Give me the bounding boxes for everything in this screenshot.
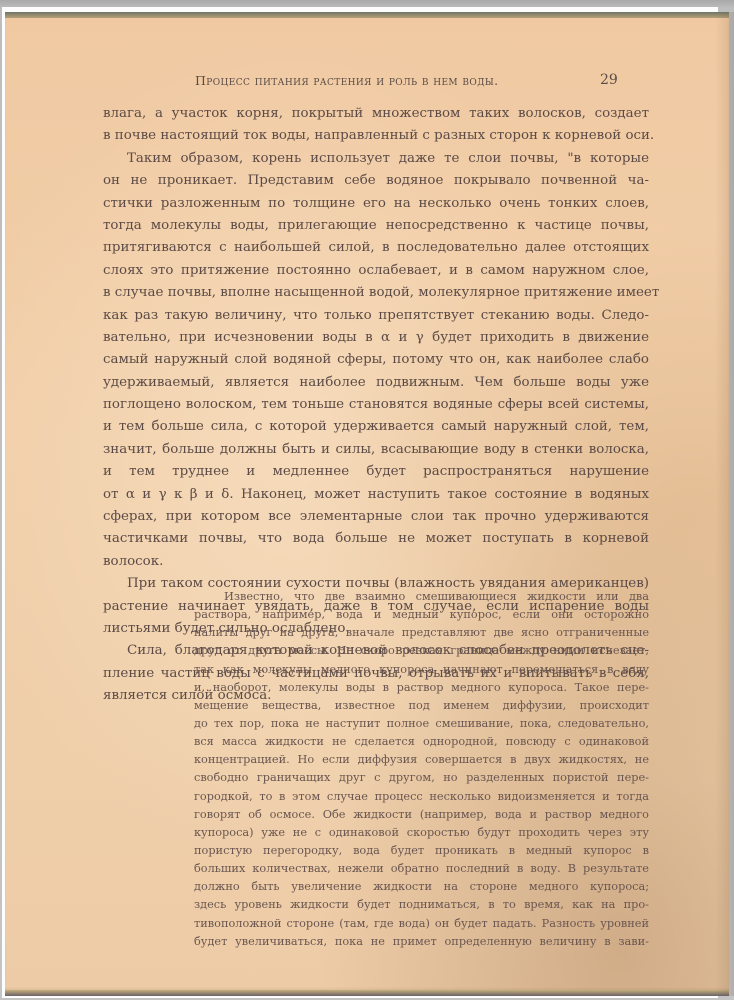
running-head: Процесс питания растения и роль в нем во… [195,73,590,88]
small-print-line: мещение вещества, известное под именем д… [194,697,649,715]
body-line: и тем труднее и медленнее будет распрост… [103,461,649,483]
page-number: 29 [600,72,618,88]
body-line: как раз такую величину, что только препя… [103,305,649,327]
body-line: влага, а участок корня, покрытый множест… [103,103,649,125]
page-right-shadow [715,12,734,996]
body-line: в почве настоящий ток воды, направленный… [103,125,649,147]
page-bottom-edge [5,990,729,996]
small-print-line: друг от друга массы. Но скоро резкая гра… [194,642,649,660]
body-line: и тем больше сила, с которой удерживаетс… [103,416,649,438]
page-top-edge [5,12,729,18]
small-print-line: вся масса жидкости не сделается однородн… [194,733,649,751]
body-line: тогда молекулы воды, прилегающие непосре… [103,215,649,237]
small-print-line: Известно, что две взаимно смешивающиеся … [194,588,649,606]
small-print-line: налиты друг на друга, вначале представля… [194,624,649,642]
small-print-line: здесь уровень жидкости будет подниматься… [194,896,649,914]
body-line: поглощено волоском, тем тоньше становятс… [103,394,649,416]
small-print-note: Известно, что две взаимно смешивающиеся … [194,588,649,951]
body-line: сферах, при котором все элементарные сло… [103,506,649,528]
small-print-line: до тех пор, пока не наступит полное смеш… [194,715,649,733]
small-print-line: раствора, например, вода и медный купоро… [194,606,649,624]
small-print-line: должно быть увеличение жидкости на сторо… [194,878,649,896]
small-print-line: говорят об осмосе. Обе жидкости (наприме… [194,806,649,824]
body-line: волосок. [103,551,649,573]
body-line: удерживаемый, является наиболее подвижны… [103,372,649,394]
small-print-line: и, наоборот, молекулы воды в раствор мед… [194,679,649,697]
body-line: он не проникает. Представим себе водяное… [103,170,649,192]
small-print-line: тивоположной стороне (там, где вода) он … [194,915,649,933]
small-print-line: концентрацией. Но если диффузия совершае… [194,751,649,769]
body-line: в случае почвы, вполне насыщенной водой,… [103,282,649,304]
body-line: частичками почвы, что вода больше не мож… [103,528,649,550]
body-line: значит, больше должны быть и силы, всасы… [103,439,649,461]
small-print-line: будет увеличиваться, пока не примет опре… [194,933,649,951]
small-print-line: купороса) уже не с одинаковой скоростью … [194,824,649,842]
small-print-line: пористую перегородку, вода будет проника… [194,842,649,860]
body-line: стички разложенным по толщине его на нес… [103,193,649,215]
small-print-line: свободно граничащих друг с другом, но ра… [194,769,649,787]
body-line: слоях это притяжение постоянно ослабевае… [103,260,649,282]
small-print-line: так как молекулы медного купороса начина… [194,661,649,679]
small-print-line: больших количествах, нежели обратно посл… [194,860,649,878]
body-line: вательно, при исчезновении воды в α и γ … [103,327,649,349]
body-line: самый наружный слой водяной сферы, потом… [103,349,649,371]
body-line: Таким образом, корень использует даже те… [103,148,649,170]
body-line: от α и γ к β и δ. Наконец, может наступи… [103,484,649,506]
small-print-line: городкой, то в этом случае процесс неско… [194,788,649,806]
body-line: притягиваются с наибольшей силой, в посл… [103,237,649,259]
